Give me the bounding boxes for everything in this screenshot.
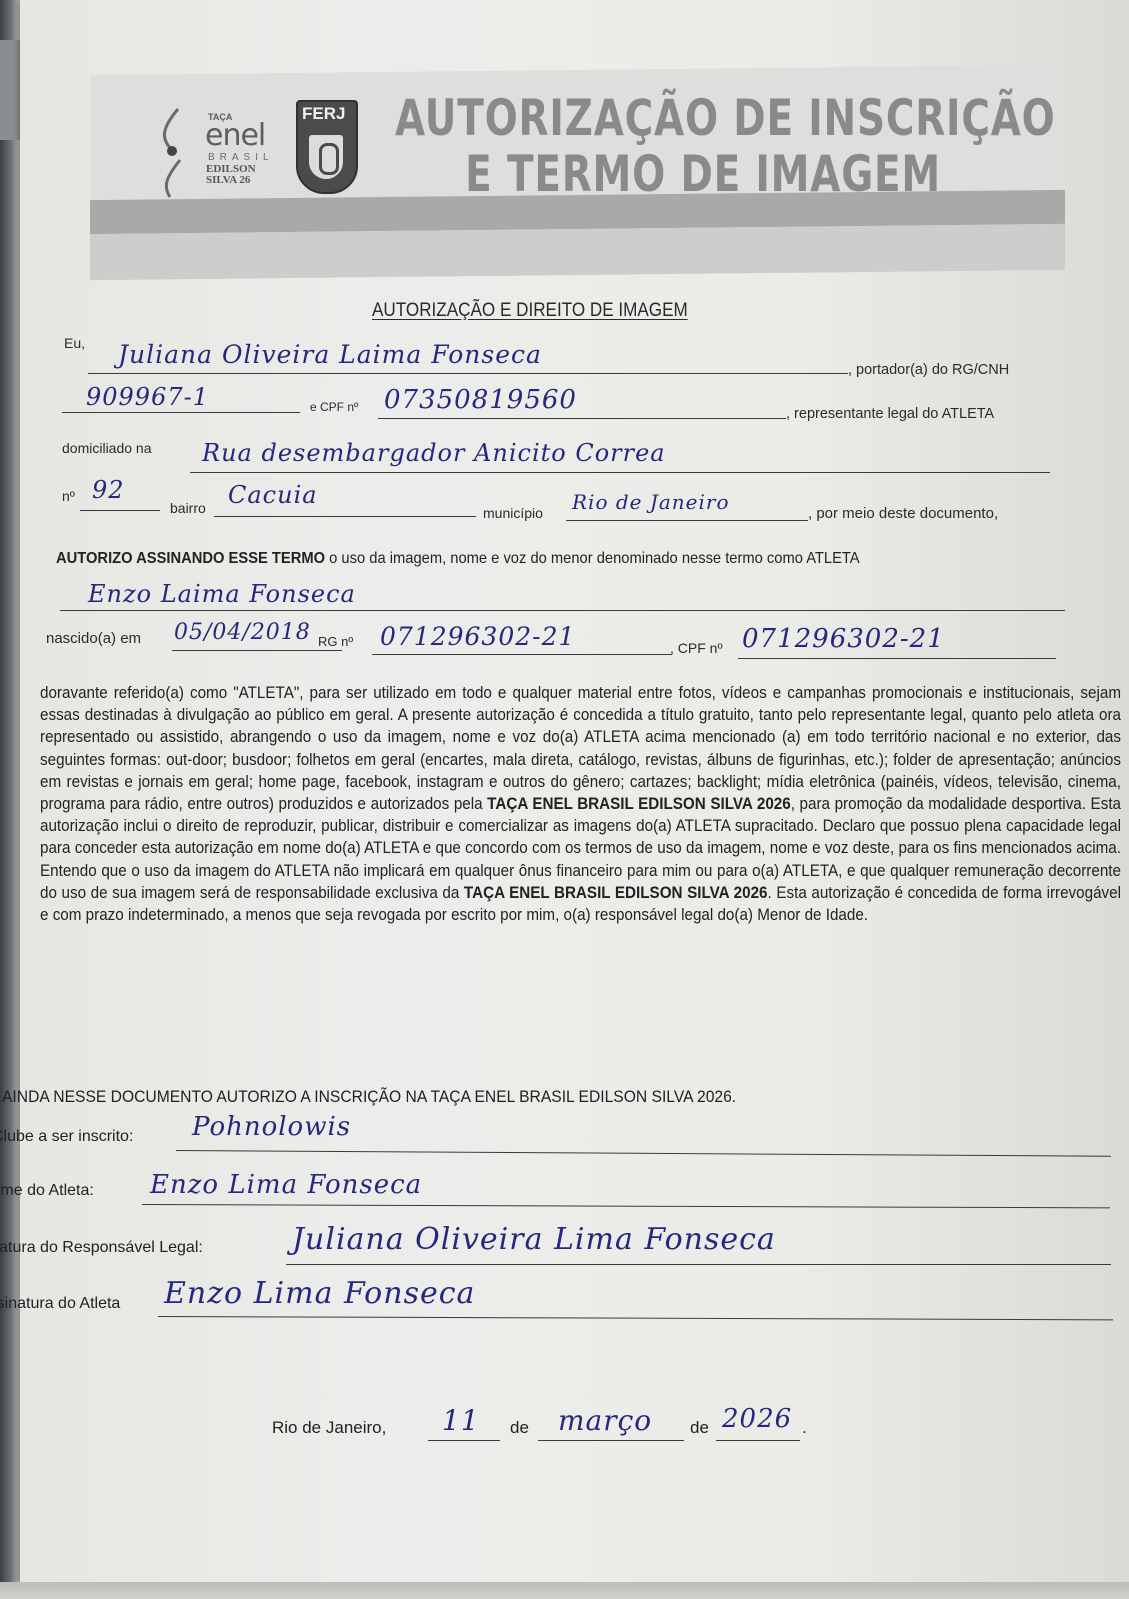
month-line <box>538 1440 684 1441</box>
terms-paragraph: doravante referido(a) como "ATLETA", par… <box>40 682 1121 926</box>
inscricao-heading: AINDA NESSE DOCUMENTO AUTORIZO A INSCRIÇ… <box>2 1087 736 1107</box>
day-field[interactable]: 11 <box>442 1404 480 1437</box>
cpf-atleta-label: , CPF nº <box>670 640 723 656</box>
atleta-name-line <box>60 610 1065 611</box>
terms-bold-1: TAÇA ENEL BRASIL EDILSON SILVA 2026 <box>487 795 791 813</box>
eu-label: Eu, <box>64 335 85 351</box>
nascido-label: nascido(a) em <box>46 630 141 647</box>
title-line-1: AUTORIZAÇÃO DE INSCRIÇÃO <box>395 90 1011 146</box>
por-meio-label: , por meio deste documento, <box>808 505 998 522</box>
cpf-line <box>378 418 786 419</box>
clube-field[interactable]: Pohnolowis <box>192 1112 351 1142</box>
rg-line <box>62 412 300 413</box>
cpf-label: e CPF nº <box>310 400 358 414</box>
title-line-2: E TERMO DE IMAGEM <box>395 146 1011 202</box>
logo-enel-text: enel <box>205 118 265 153</box>
ferj-logo: FERJ <box>296 100 358 194</box>
nome-atleta-label: Nome do Atleta: <box>0 1182 94 1200</box>
endereco-field[interactable]: Rua desembargador Anicito Correa <box>202 439 666 467</box>
rg-atleta-field[interactable]: 071296302-21 <box>380 622 575 651</box>
clube-label: Clube a ser inscrito: <box>0 1128 133 1146</box>
numero-line <box>80 510 160 511</box>
section-title: AUTORIZAÇÃO E DIREITO DE IMAGEM <box>372 300 688 322</box>
municipio-field[interactable]: Rio de Janeiro <box>572 490 730 514</box>
ferj-crest-icon <box>309 135 343 179</box>
municipio-line <box>566 520 808 521</box>
de-label-2: de <box>690 1418 709 1438</box>
nascimento-line <box>172 650 342 651</box>
year-line <box>716 1440 800 1441</box>
assinatura-atleta-label: Assinatura do Atleta <box>0 1295 120 1313</box>
bairro-label: bairro <box>170 500 206 516</box>
autorizo-bold: AUTORIZO ASSINANDO ESSE TERMO <box>56 550 325 567</box>
document-title: AUTORIZAÇÃO DE INSCRIÇÃO E TERMO DE IMAG… <box>395 90 1011 202</box>
portador-label: , portador(a) do RG/CNH <box>848 362 1009 378</box>
ball-wave-icon <box>150 105 190 200</box>
background-edge <box>0 0 22 1599</box>
rg-atleta-line <box>372 654 672 655</box>
numero-label: nº <box>62 488 75 504</box>
domiciliado-label: domiciliado na <box>62 440 152 456</box>
ferj-text: FERJ <box>302 104 345 124</box>
date-end-period: . <box>802 1418 807 1438</box>
day-line <box>428 1440 500 1441</box>
nome-atleta-field[interactable]: Enzo Lima Fonseca <box>150 1170 422 1200</box>
logo-brasil-text: BRASIL <box>208 152 274 163</box>
bairro-field[interactable]: Cacuia <box>228 481 318 509</box>
de-label-1: de <box>510 1418 529 1438</box>
logo-edilson-text: EDILSONSILVA 26 <box>206 164 256 186</box>
assinatura-responsavel-label: Assinatura do Responsável Legal: <box>0 1239 203 1257</box>
city-label: Rio de Janeiro, <box>272 1418 386 1438</box>
representante-label: , representante legal do ATLETA <box>786 406 994 422</box>
data-nascimento-field[interactable]: 05/04/2018 <box>174 620 311 645</box>
logo-silva: SILVA 26 <box>206 174 250 186</box>
atleta-name-field[interactable]: Enzo Laima Fonseca <box>88 580 356 608</box>
endereco-line <box>190 472 1050 473</box>
background-frame <box>0 40 22 140</box>
autorizo-rest: o uso da imagem, nome e voz do menor den… <box>325 550 860 567</box>
responsavel-name-line <box>88 373 848 374</box>
cpf-atleta-line <box>738 658 1056 659</box>
cpf-responsavel-field[interactable]: 07350819560 <box>384 385 577 415</box>
rg-responsavel-field[interactable]: 909967-1 <box>86 383 209 411</box>
terms-bold-2: TAÇA ENEL BRASIL EDILSON SILVA 2026 <box>464 884 768 902</box>
page-bottom-edge <box>0 1582 1129 1599</box>
bairro-line <box>214 516 476 517</box>
assinatura-atleta-field[interactable]: Enzo Lima Fonseca <box>164 1276 475 1311</box>
autorizo-sentence: AUTORIZO ASSINANDO ESSE TERMO o uso da i… <box>56 550 860 568</box>
rg-atleta-label: RG nº <box>318 634 353 649</box>
assinatura-responsavel-field[interactable]: Juliana Oliveira Lima Fonseca <box>292 1222 776 1257</box>
numero-field[interactable]: 92 <box>92 476 125 504</box>
responsavel-name-field[interactable]: Juliana Oliveira Laima Fonseca <box>118 340 542 369</box>
month-field[interactable]: março <box>558 1404 652 1437</box>
enel-logo: TAÇA enel BRASIL EDILSONSILVA 26 <box>150 100 290 200</box>
assinatura-responsavel-line <box>286 1264 1111 1265</box>
terms-part-1: doravante referido(a) como "ATLETA", par… <box>40 684 1121 813</box>
year-field[interactable]: 2026 <box>722 1404 792 1434</box>
municipio-label: município <box>483 505 543 521</box>
cpf-atleta-field[interactable]: 071296302-21 <box>742 624 945 654</box>
